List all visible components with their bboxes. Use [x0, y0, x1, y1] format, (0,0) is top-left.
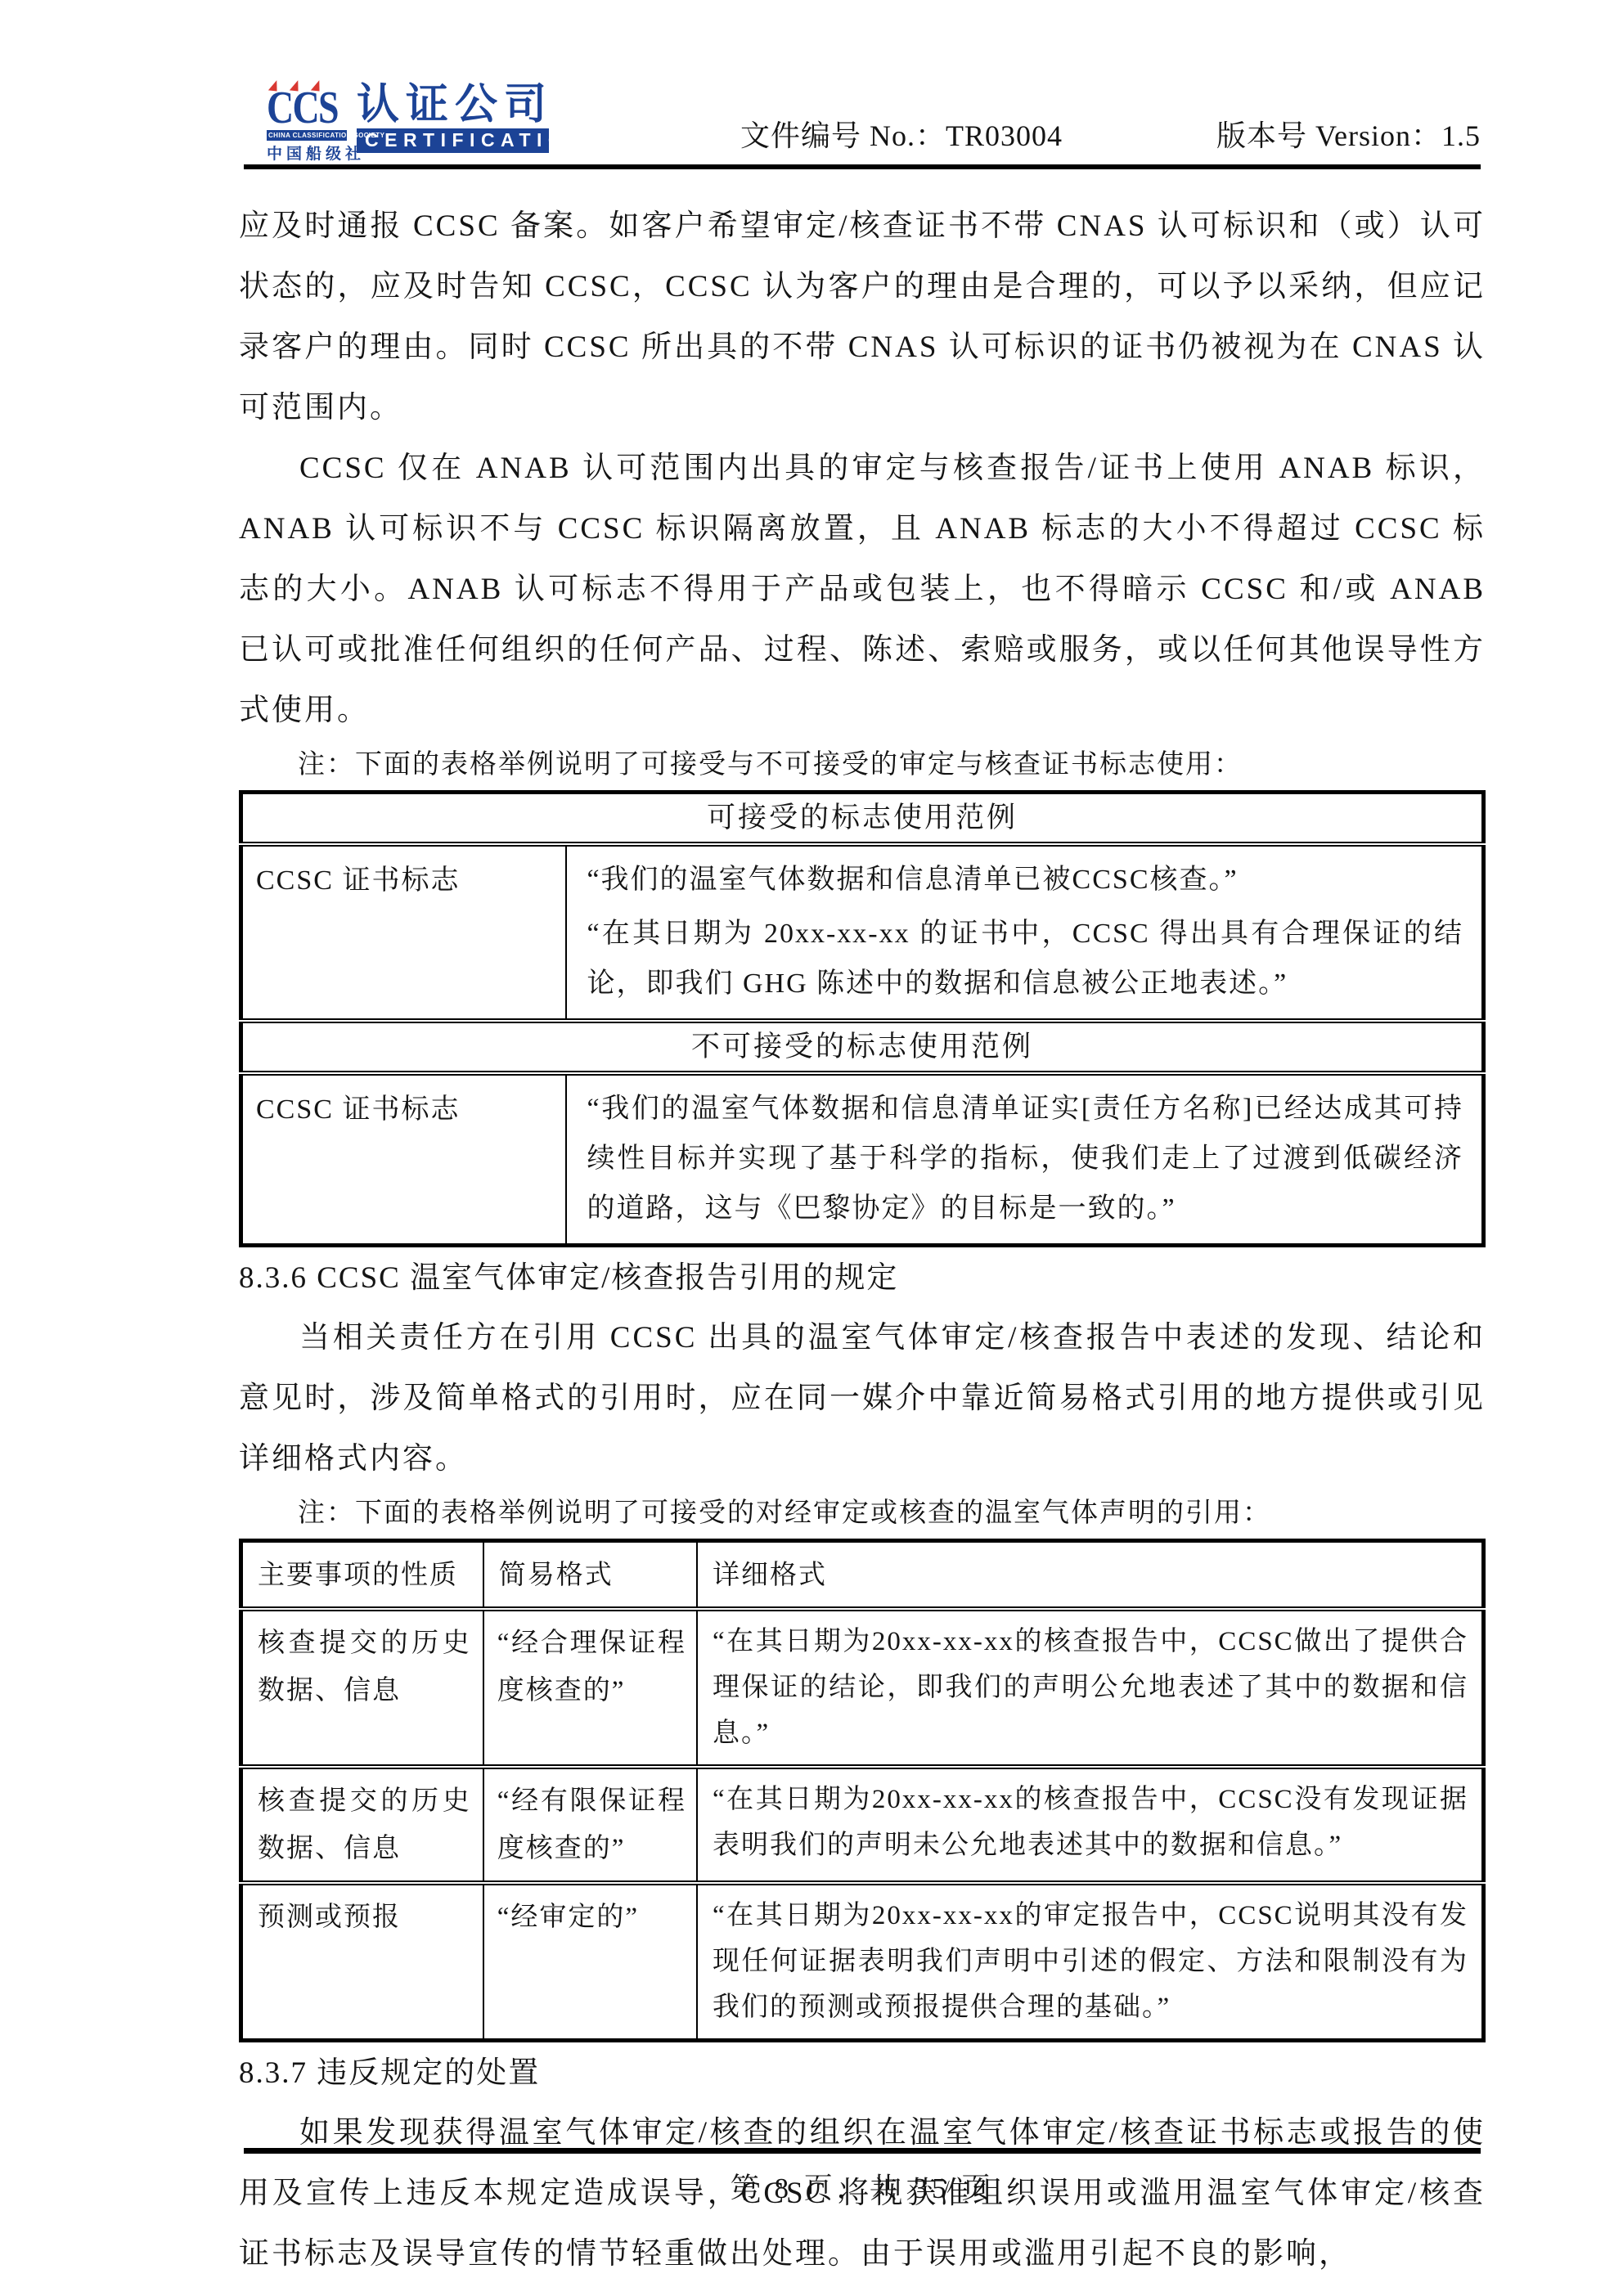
detailed-format-cell: “在其日期为20xx-xx-xx的核查报告中，CCSC没有发现证据表明我们的声明…: [697, 1767, 1484, 1883]
matter-nature-cell: 预测或预报: [241, 1883, 483, 2041]
footer-rule: [244, 2148, 1481, 2154]
paragraph-anab: CCSC 仅在 ANAB 认可范围内出具的审定与核查报告/证书上使用 ANAB …: [239, 438, 1486, 741]
mark-usage-table: 可接受的标志使用范例 CCSC 证书标志 “我们的温室气体数据和信息清单已被CC…: [239, 790, 1486, 1247]
table-row: 不可接受的标志使用范例: [241, 1021, 1484, 1073]
quote-example: “在其日期为 20xx-xx-xx 的证书中，CCSC 得出具有合理保证的结论，…: [587, 909, 1463, 1009]
mark-label-cell: CCSC 证书标志: [241, 1073, 567, 1246]
brand-name-cn: 认证公司: [357, 85, 553, 126]
table-row: 预测或预报 “经审定的” “在其日期为20xx-xx-xx的审定报告中，CCSC…: [241, 1883, 1484, 2041]
simple-format-cell: “经审定的”: [483, 1883, 697, 2041]
unacceptable-example-cell: “我们的温室气体数据和信息清单证实[责任方名称]已经达成其可持续性目标并实现了基…: [566, 1073, 1483, 1246]
section-heading-837: 8.3.7 违反规定的处置: [239, 2049, 1486, 2098]
note-table1: 注：下面的表格举例说明了可接受与不可接受的审定与核查证书标志使用：: [298, 744, 1486, 785]
document-number: 文件编号 No.：TR03004: [740, 113, 1063, 155]
simple-format-cell: “经合理保证程度核查的”: [483, 1609, 697, 1767]
table-row: 可接受的标志使用范例: [241, 793, 1484, 845]
detailed-format-cell: “在其日期为20xx-xx-xx的审定报告中，CCSC说明其没有发现任何证据表明…: [697, 1883, 1484, 2041]
acceptable-examples-cell: “我们的温室气体数据和信息清单已被CCSC核查。” “在其日期为 20xx-xx…: [566, 844, 1483, 1021]
column-header: 详细格式: [697, 1541, 1484, 1610]
ccs-logo-text: CCS: [267, 87, 335, 129]
society-name-cn: 中国船级社: [267, 142, 350, 164]
paragraph-citation-rule: 当相关责任方在引用 CCSC 出具的温室气体审定/核查报告中表述的发现、结论和意…: [239, 1308, 1486, 1489]
table-row: 核查提交的历史数据、信息 “经有限保证程度核查的” “在其日期为20xx-xx-…: [241, 1767, 1484, 1883]
table-header-row: 主要事项的性质 简易格式 详细格式: [241, 1541, 1484, 1610]
document-version: 版本号 Version：1.5: [1216, 113, 1481, 155]
ccs-logo-right: 认证公司 CERTIFICATION: [357, 85, 553, 153]
matter-nature-cell: 核查提交的历史数据、信息: [241, 1609, 483, 1767]
section-heading-836: 8.3.6 CCSC 温室气体审定/核查报告引用的规定: [239, 1254, 1486, 1303]
note-table2: 注：下面的表格举例说明了可接受的对经审定或核查的温室气体声明的引用：: [298, 1493, 1486, 1534]
document-header-info: 文件编号 No.：TR03004 版本号 Version：1.5: [740, 113, 1481, 155]
mark-label-cell: CCSC 证书标志: [241, 844, 567, 1021]
quote-example: “我们的温室气体数据和信息清单已被CCSC核查。”: [587, 855, 1463, 905]
table-row: CCSC 证书标志 “我们的温室气体数据和信息清单已被CCSC核查。” “在其日…: [241, 844, 1484, 1021]
column-header: 主要事项的性质: [241, 1541, 483, 1610]
unacceptable-header-cell: 不可接受的标志使用范例: [241, 1021, 1484, 1073]
quote-example: “我们的温室气体数据和信息清单证实[责任方名称]已经达成其可持续性目标并实现了基…: [587, 1084, 1463, 1233]
acceptable-header-cell: 可接受的标志使用范例: [241, 793, 1484, 845]
page-number: 第 8 页，共 35 页: [244, 2166, 1481, 2207]
ccs-logo: CCS CHINA CLASSIFICATION SOCIETY 中国船级社 认…: [267, 79, 553, 164]
table-row: CCSC 证书标志 “我们的温室气体数据和信息清单证实[责任方名称]已经达成其可…: [241, 1073, 1484, 1246]
header-rule: [244, 164, 1481, 169]
brand-name-en: CERTIFICATION: [357, 128, 549, 153]
paragraph-continuation: 应及时通报 CCSC 备案。如客户希望审定/核查证书不带 CNAS 认可标识和（…: [239, 196, 1486, 438]
document-page: CCS CHINA CLASSIFICATION SOCIETY 中国船级社 认…: [0, 0, 1623, 2296]
document-body: 应及时通报 CCSC 备案。如客户希望审定/核查证书不带 CNAS 认可标识和（…: [239, 196, 1486, 2285]
citation-format-table: 主要事项的性质 简易格式 详细格式 核查提交的历史数据、信息 “经合理保证程度核…: [239, 1539, 1486, 2042]
ccs-logo-left: CCS CHINA CLASSIFICATION SOCIETY 中国船级社: [267, 79, 350, 164]
column-header: 简易格式: [483, 1541, 697, 1610]
table-row: 核查提交的历史数据、信息 “经合理保证程度核查的” “在其日期为20xx-xx-…: [241, 1609, 1484, 1767]
simple-format-cell: “经有限保证程度核查的”: [483, 1767, 697, 1883]
detailed-format-cell: “在其日期为20xx-xx-xx的核查报告中，CCSC做出了提供合理保证的结论，…: [697, 1609, 1484, 1767]
matter-nature-cell: 核查提交的历史数据、信息: [241, 1767, 483, 1883]
